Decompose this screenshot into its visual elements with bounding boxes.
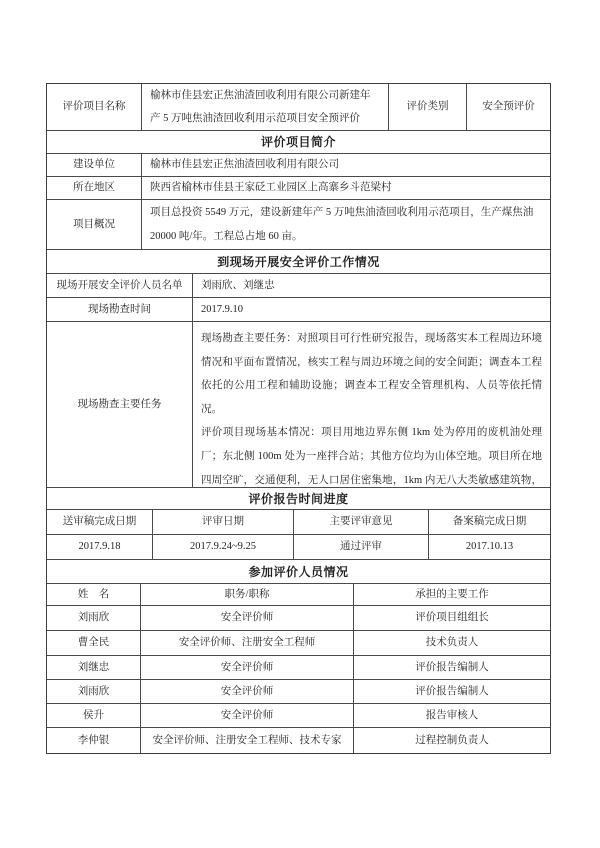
construction-unit-label: 建设单位: [47, 154, 142, 176]
category-label: 评价类别: [389, 84, 467, 130]
row-survey-time: 现场勘查时间 2017.9.10: [47, 298, 550, 322]
staff-title: 安全评价师: [141, 656, 354, 679]
staff-duty: 评价报告编制人: [354, 680, 550, 703]
survey-task-value: 现场勘查主要任务：对照项目可行性研究报告，现场落实本工程周边环境情况和平面布置情…: [193, 322, 550, 487]
section-staff-title: 参加评价人员情况: [47, 560, 550, 583]
staff-row: 刘雨欣 安全评价师 评价报告编制人: [47, 680, 550, 704]
staff-header-name: 姓 名: [47, 584, 141, 605]
section-schedule-header-row: 评价报告时间进度: [47, 488, 550, 510]
schedule-value-draft-date: 2017.9.18: [47, 535, 153, 559]
safety-evaluation-form-table: 评价项目名称 榆林市佳县宏正焦油渣回收利用有限公司新建年产 5 万吨焦油渣回收利…: [46, 83, 551, 754]
survey-time-value: 2017.9.10: [193, 298, 550, 321]
project-overview-label: 项目概况: [47, 200, 142, 249]
staff-row: 刘继忠 安全评价师 评价报告编制人: [47, 656, 550, 680]
staff-title: 安全评价师、注册安全工程师、技术专家: [141, 728, 354, 753]
staff-header-duty: 承担的主要工作: [354, 584, 550, 605]
section-site-title: 到现场开展安全评价工作情况: [47, 250, 550, 273]
staff-title: 安全评价师: [141, 704, 354, 727]
schedule-header-draft-date: 送审稿完成日期: [47, 510, 153, 534]
schedule-header-review-opinion: 主要评审意见: [294, 510, 429, 534]
row-project-name: 评价项目名称 榆林市佳县宏正焦油渣回收利用有限公司新建年产 5 万吨焦油渣回收利…: [47, 84, 550, 131]
staff-name: 侯升: [47, 704, 141, 727]
site-staff-label: 现场开展安全评价人员名单: [47, 274, 193, 297]
construction-unit-value: 榆林市佳县宏正焦油渣回收利用有限公司: [142, 154, 550, 176]
location-label: 所在地区: [47, 177, 142, 199]
staff-duty: 报告审核人: [354, 704, 550, 727]
section-intro-title: 评价项目简介: [47, 131, 550, 153]
staff-name: 李仲银: [47, 728, 141, 753]
row-site-staff: 现场开展安全评价人员名单 刘雨欣、刘继忠: [47, 274, 550, 298]
schedule-value-review-opinion: 通过评审: [294, 535, 429, 559]
survey-time-label: 现场勘查时间: [47, 298, 193, 321]
staff-header-row: 姓 名 职务/职称 承担的主要工作: [47, 584, 550, 606]
row-location: 所在地区 陕西省榆林市佳县王家砭工业园区上高寨乡斗范梁村: [47, 177, 550, 200]
staff-duty: 过程控制负责人: [354, 728, 550, 753]
staff-header-title: 职务/职称: [141, 584, 354, 605]
staff-title: 安全评价师、注册安全工程师: [141, 631, 354, 655]
project-name-label: 评价项目名称: [47, 84, 142, 130]
schedule-header-review-date: 评审日期: [153, 510, 294, 534]
survey-task-label: 现场勘查主要任务: [47, 322, 193, 487]
project-name-value: 榆林市佳县宏正焦油渣回收利用有限公司新建年产 5 万吨焦油渣回收利用示范项目安全…: [142, 84, 389, 130]
staff-row: 曹全民 安全评价师、注册安全工程师 技术负责人: [47, 631, 550, 656]
staff-name: 刘继忠: [47, 656, 141, 679]
survey-task-paragraph-2: 评价项目现场基本情况：项目用地边界东侧 1km 处为停用的废机油处理厂；东北侧 …: [201, 421, 542, 487]
site-staff-value: 刘雨欣、刘继忠: [193, 274, 550, 297]
row-construction-unit: 建设单位 榆林市佳县宏正焦油渣回收利用有限公司: [47, 154, 550, 177]
staff-row: 刘雨欣 安全评价师 评价项目组组长: [47, 606, 550, 631]
staff-duty: 评价项目组组长: [354, 606, 550, 630]
staff-name: 刘雨欣: [47, 680, 141, 703]
staff-title: 安全评价师: [141, 606, 354, 630]
project-overview-value: 项目总投资 5549 万元，建设新建年产 5 万吨焦油渣回收利用示范项目，生产煤…: [142, 200, 550, 249]
staff-name: 刘雨欣: [47, 606, 141, 630]
schedule-header-row: 送审稿完成日期 评审日期 主要评审意见 备案稿完成日期: [47, 510, 550, 535]
row-project-overview: 项目概况 项目总投资 5549 万元，建设新建年产 5 万吨焦油渣回收利用示范项…: [47, 200, 550, 250]
staff-row: 侯升 安全评价师 报告审核人: [47, 704, 550, 728]
document-page: 评价项目名称 榆林市佳县宏正焦油渣回收利用有限公司新建年产 5 万吨焦油渣回收利…: [0, 0, 600, 848]
location-value: 陕西省榆林市佳县王家砭工业园区上高寨乡斗范梁村: [142, 177, 550, 199]
staff-duty: 技术负责人: [354, 631, 550, 655]
survey-task-paragraph-1: 现场勘查主要任务：对照项目可行性研究报告，现场落实本工程周边环境情况和平面布置情…: [201, 327, 542, 421]
staff-title: 安全评价师: [141, 680, 354, 703]
section-schedule-title: 评价报告时间进度: [47, 488, 550, 509]
category-value: 安全预评价: [467, 84, 550, 130]
schedule-value-record-date: 2017.10.13: [429, 535, 550, 559]
section-staff-header-row: 参加评价人员情况: [47, 560, 550, 584]
staff-duty: 评价报告编制人: [354, 656, 550, 679]
section-intro-header-row: 评价项目简介: [47, 131, 550, 154]
row-survey-task: 现场勘查主要任务 现场勘查主要任务：对照项目可行性研究报告，现场落实本工程周边环…: [47, 322, 550, 488]
schedule-value-row: 2017.9.18 2017.9.24~9.25 通过评审 2017.10.13: [47, 535, 550, 560]
section-site-header-row: 到现场开展安全评价工作情况: [47, 250, 550, 274]
staff-name: 曹全民: [47, 631, 141, 655]
schedule-value-review-date: 2017.9.24~9.25: [153, 535, 294, 559]
schedule-header-record-date: 备案稿完成日期: [429, 510, 550, 534]
staff-row: 李仲银 安全评价师、注册安全工程师、技术专家 过程控制负责人: [47, 728, 550, 753]
